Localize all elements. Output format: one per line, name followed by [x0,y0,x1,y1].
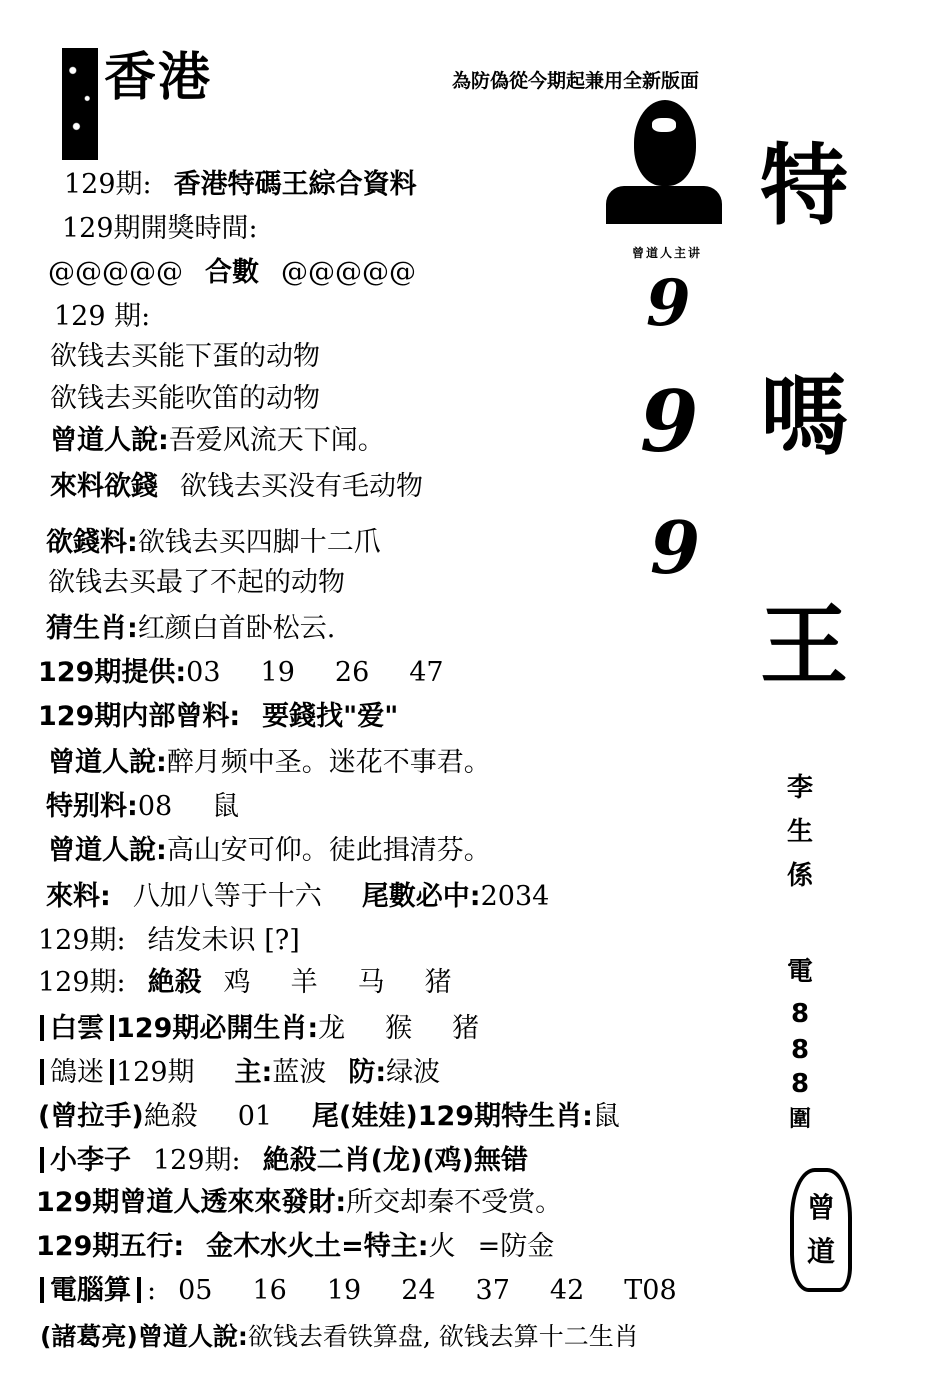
contact-digit-1: 8 [780,996,820,1032]
vertical-title-char-2: 嗎 [760,370,830,462]
line-title: 129期:香港特碼王綜合資料 [64,168,417,202]
master-portrait [606,100,722,240]
line-riddle-2: 欲钱去买能吹笛的动物 [50,382,320,416]
contact-digit-3: 8 [780,1066,820,1102]
line-master-saying-3: 曾道人說:高山安可仰。徒此揖清芬。 [48,834,491,868]
line-internal-material: 129期内部曾料:要錢找"爱" [38,700,398,734]
contact-char-5: 電 [780,954,820,990]
line-kill-two-zodiacs: 小李子129期:絶殺二肖(龙)(鸡)無错 [40,1144,528,1178]
decorative-nine-2: 9 [640,380,698,464]
decorative-nine-3: 9 [650,506,700,590]
decorative-nine-1: 9 [646,262,691,346]
line-guess-zodiac: 猜生肖:红颜白首卧松云. [46,612,335,646]
line-kill-tail: (曾拉手)絶殺01尾(娃娃)129期特生肖:鼠 [38,1100,620,1134]
line-zhuge-saying: (諸葛亮)曾道人說:欲钱去看铁算盘, 欲钱去算十二生肖 [40,1320,639,1354]
line-master-saying-1: 曾道人說:吾爱风流天下闻。 [50,424,385,458]
contact-char-3: 係 [780,858,820,894]
contact-char-1: 李 [780,770,820,806]
line-money-riddle: 來料欲錢欲钱去买没有毛动物 [50,470,423,504]
line-incoming-material: 來料:八加八等于十六尾數必中:2034 [46,880,549,914]
line-master-saying-2: 曾道人說:醉月频中圣。迷花不事君。 [48,746,491,780]
contact-char-end: 圍 [780,1102,820,1138]
line-kill-zodiacs: 129期:絶殺鸡羊马猪 [38,966,452,1000]
line-computer-numbers: 電腦算:051619243742T08 [40,1274,677,1308]
contact-digit-2: 8 [780,1032,820,1068]
line-draw-time: 129期開獎時間: [62,212,258,246]
line-period-verse: 129期:结发未识 [?] [38,924,300,958]
line-wave-colors: 鴿迷129期主:蓝波防:绿波 [40,1056,440,1090]
master-seal: 曾 道 [790,1168,852,1292]
contact-char-2: 生 [780,814,820,850]
line-money-material: 欲錢料:欲钱去买四脚十二爪 [46,526,381,560]
line-five-elements: 129期五行:金木水火土=特主:火=防金 [36,1230,554,1264]
line-special-material: 特别料:08鼠 [46,790,239,824]
portrait-caption: 曾道人主讲 [612,244,722,261]
line-fortune: 129期曾道人透來來發財:所交却秦不受赏。 [36,1186,562,1220]
line-sum: @@@@@合數@@@@@ [48,256,416,290]
line-riddle-3: 欲钱去买最了不起的动物 [48,566,345,600]
vertical-title-char-1: 特 [760,140,830,232]
line-provided-numbers: 129期提供:03192647 [38,656,444,690]
logo-graphic [62,48,98,160]
line-must-open-zodiacs: 白雲129期必開生肖:龙猴猪 [40,1012,479,1046]
line-period: 129 期: [54,300,150,334]
logo-title: 香港 [104,48,212,108]
anti-counterfeit-slogan: 為防偽從今期起兼用全新版面 [452,66,699,93]
line-riddle-1: 欲钱去买能下蛋的动物 [50,340,320,374]
vertical-title-char-3: 王 [760,600,830,692]
